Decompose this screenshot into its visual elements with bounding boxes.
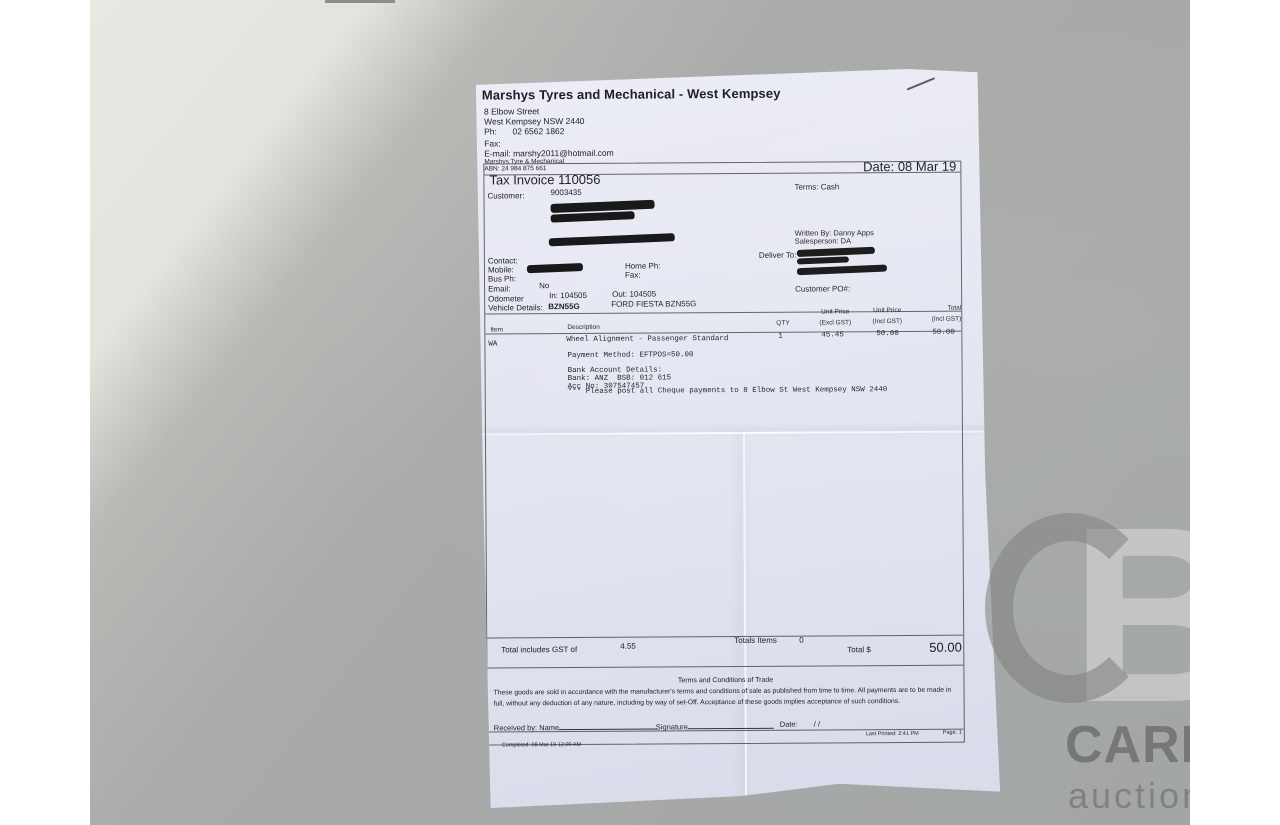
note-bank-heading: Bank Account Details: xyxy=(568,366,663,375)
note-payment-method: Payment Method: EFTPOS=50.00 xyxy=(567,351,693,360)
company-street: 8 Elbow Street xyxy=(484,106,539,116)
totals-items-value: 0 xyxy=(799,636,804,645)
last-printed: Last Printed: 2:41 PM xyxy=(866,731,919,737)
company-email-row: E-mail: marshy2011@hotmail.com xyxy=(484,148,613,159)
invoice-paper: Marshys Tyres and Mechanical - West Kemp… xyxy=(476,68,1000,809)
col-header-item: Item xyxy=(490,326,503,333)
redacted-customer-suburb xyxy=(549,233,675,246)
photo-background: Marshys Tyres and Mechanical - West Kemp… xyxy=(90,0,1190,825)
row-unit-incl: 50.00 xyxy=(876,330,899,338)
totals-bottom-divider xyxy=(487,665,963,669)
signature-line xyxy=(688,720,774,730)
signature-field: Signature xyxy=(656,720,774,732)
row-qty: 1 xyxy=(778,333,783,341)
fax-label: Fax: xyxy=(625,271,641,280)
home-ph-label: Home Ph: xyxy=(625,261,661,270)
received-date-value: / / xyxy=(814,720,820,729)
col-header-unit-incl: Unit Price (Incl GST) xyxy=(869,307,905,325)
table-row: WA Wheel Alignment - Passenger Standard … xyxy=(484,162,960,165)
paper-fold-vertical xyxy=(743,432,747,808)
terms-body: These goods are sold in accordance with … xyxy=(494,685,954,710)
odometer-out: Out: 104505 xyxy=(612,289,656,298)
col-header-total: Total (Incl GST) xyxy=(925,305,961,323)
title-divider xyxy=(484,172,960,176)
row-item: WA xyxy=(488,340,497,348)
vehicle-rego: BZN55G xyxy=(548,302,580,311)
watermark-letter-b: B xyxy=(1070,505,1190,725)
staple-icon xyxy=(907,77,936,90)
written-by: Written By: Danny Apps xyxy=(795,228,874,237)
email-value: No xyxy=(539,281,549,290)
company-fax-label: Fax: xyxy=(484,138,501,148)
watermark-subtitle: auctionplace xyxy=(1068,775,1190,817)
received-by-field: Received by: Name xyxy=(494,720,658,732)
signature-label: Signature xyxy=(656,722,688,731)
col-header-qty: QTY xyxy=(776,320,789,327)
vehicle-description: FORD FIESTA BZN55G xyxy=(611,299,696,309)
carbids-watermark: B CARBIDS auctionplace xyxy=(970,505,1190,825)
odometer-label: Odometer xyxy=(488,294,524,303)
total-value: 50.00 xyxy=(929,640,962,655)
received-date-field: Date: / / xyxy=(780,720,820,729)
redacted-deliver-suburb xyxy=(797,265,887,276)
watermark-brand: CARBIDS xyxy=(1065,715,1190,775)
redacted-customer-name xyxy=(550,200,654,213)
company-name: Marshys Tyres and Mechanical - West Kemp… xyxy=(482,86,781,103)
deliver-to-label: Deliver To: xyxy=(759,251,797,260)
col-header-description: Description xyxy=(567,324,600,331)
invoice-title: Tax Invoice 110056 xyxy=(489,172,600,188)
customer-number: 9003435 xyxy=(550,188,581,197)
received-date-label: Date: xyxy=(780,720,798,729)
redacted-mobile xyxy=(527,263,583,273)
mobile-label: Mobile: xyxy=(488,265,514,274)
customer-label: Customer: xyxy=(487,191,524,200)
email-label: E-mail: xyxy=(484,148,511,158)
fingerprint-c-logo-icon xyxy=(985,513,1155,703)
phone-label: Ph: xyxy=(484,126,510,136)
company-phone-row: Ph: 02 6562 1862 xyxy=(484,126,564,136)
total-label: Total $ xyxy=(847,645,871,654)
gst-value: 4.55 xyxy=(620,642,636,651)
odometer-in: In: 104505 xyxy=(549,291,587,300)
totals-items-label: Totals Items xyxy=(734,636,777,645)
col-header-unit-excl: Unit Price (Excl GST) xyxy=(815,308,855,326)
note-cheque-instructions: *** Please post all Cheque payments to 8… xyxy=(568,386,888,396)
invoice-date: Date: 08 Mar 19 xyxy=(863,159,956,175)
table-header-divider xyxy=(485,331,961,335)
salesperson: Salesperson: DA xyxy=(795,236,851,245)
terms-bottom-divider xyxy=(488,729,964,733)
received-by-label: Received by: Name xyxy=(494,723,560,732)
note-bank-bsb: Bank: ANZ BSB: 012 615 xyxy=(568,374,672,383)
note-account-number: Acc No: 307547457 xyxy=(568,383,645,391)
company-email: marshy2011@hotmail.com xyxy=(513,148,614,159)
invoice-frame: Tax Invoice 110056 Date: 08 Mar 19 Custo… xyxy=(483,161,965,746)
received-by-line xyxy=(559,720,657,730)
background-object-edge xyxy=(325,0,395,3)
redacted-deliver-name xyxy=(797,247,875,257)
terms-title: Terms and Conditions of Trade xyxy=(487,676,963,686)
vehicle-details-label: Vehicle Details: xyxy=(488,303,543,312)
contact-label: Contact: xyxy=(488,256,518,265)
company-phone: 02 6562 1862 xyxy=(512,126,564,136)
redacted-deliver-street xyxy=(797,256,849,264)
bus-ph-label: Bus Ph: xyxy=(488,274,516,283)
company-suburb: West Kempsey NSW 2440 xyxy=(484,116,585,127)
row-total: 50.00 xyxy=(932,329,955,337)
table-top-divider xyxy=(485,311,961,315)
row-unit-excl: 45.45 xyxy=(821,331,844,339)
company-trading-name: Marshys Tyre & Mechanical xyxy=(484,158,564,165)
row-description: Wheel Alignment - Passenger Standard xyxy=(566,335,728,344)
customer-po-label: Customer PO#: xyxy=(795,284,850,293)
company-abn: ABN: 24 984 875 661 xyxy=(484,165,546,172)
email-label: Email: xyxy=(488,284,510,293)
totals-top-divider xyxy=(487,635,963,639)
page-number: Page: 1 xyxy=(943,730,962,736)
terms: Terms: Cash xyxy=(794,182,839,191)
completed-timestamp: Completed: 08 Mar 19 12:00 AM xyxy=(502,742,581,748)
redacted-customer-street xyxy=(551,211,635,222)
gst-label: Total includes GST of xyxy=(501,645,577,654)
paper-fold-horizontal xyxy=(478,430,998,435)
